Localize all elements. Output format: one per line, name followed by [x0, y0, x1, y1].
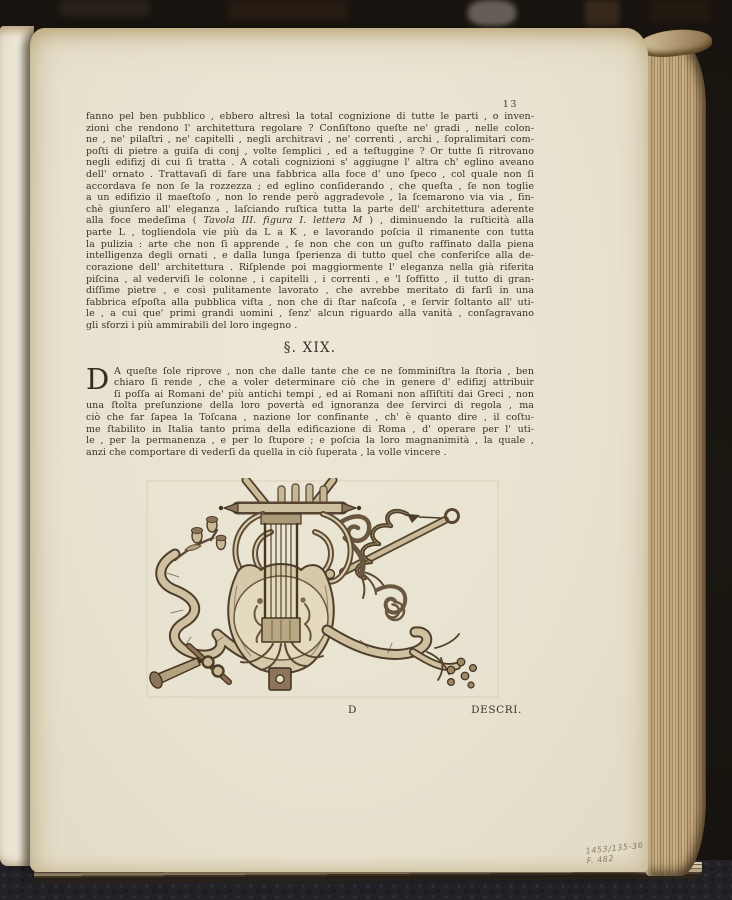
lyre-vignette-engraving — [145, 478, 500, 700]
text-line: anzi che comportare di vederſi da quella… — [86, 447, 534, 459]
paragraph: fanno pel ben pubblico , ebbero altresì … — [86, 111, 534, 332]
background-object — [60, 0, 150, 16]
text-line: fabbrica eſpoſta alla pubblica viſta , n… — [86, 297, 534, 309]
text-line: la pulizia : arte che non ſi apprende , … — [86, 239, 534, 251]
text-line: piſcina , al vederviſi le colonne , i ca… — [86, 274, 534, 286]
text-line: ſi poſſa ai Romani de' più antichi tempi… — [114, 389, 534, 401]
text-line: chè giunſero all' eleganza , laſciando r… — [86, 204, 534, 216]
text-line: gli sforzi i più ammirabili del loro ing… — [86, 320, 534, 332]
page-number: 13 — [503, 99, 518, 110]
text-line: una ſtolta preſunzione della loro povert… — [86, 400, 534, 412]
background-object — [650, 0, 710, 22]
catchword: DESCRI. — [471, 704, 522, 716]
text-line: corazione dell' architettura . Riſplende… — [86, 262, 534, 274]
text-block: 13 fanno pel ben pubblico , ebbero altre… — [86, 98, 534, 458]
section-heading: §. XIX. — [86, 340, 534, 356]
text-line: intelligenza degli ornati , e dalla lung… — [86, 250, 534, 262]
signature-mark: D — [348, 704, 357, 716]
text-line: diſſime pietre , e così pulitamente lavo… — [86, 285, 534, 297]
text-line: alla foce medeſima ( Tavola III. figura … — [86, 215, 534, 227]
lyre-crossbar — [219, 480, 361, 513]
background-object — [228, 0, 348, 20]
fore-edge-pages — [646, 38, 706, 876]
text-line: dell' ornato . Trattavaſi di fare una fa… — [86, 169, 534, 181]
text-line: le , a cui que' primi grandi uomini , ſe… — [86, 308, 534, 320]
oak-acorn-sprig — [175, 517, 226, 561]
plate-reference: Tavola III. figura I. lettera M — [203, 215, 362, 226]
text-line: negli edifizj di cui ſi tratta . A cotal… — [86, 157, 534, 169]
text-line: accordava ſe non ſe la rozzezza ; ed egl… — [86, 181, 534, 193]
text-line: a un edifizio il maeſtoſo , non lo rende… — [86, 192, 534, 204]
fore-edge-curl — [637, 26, 714, 61]
book-photograph: 13 fanno pel ben pubblico , ebbero altre… — [0, 0, 732, 900]
text-line: A queſte ſole riprove , non che dalle ta… — [114, 366, 534, 378]
text-line: ciò che far ſapea la Toſcana , nazione l… — [86, 412, 534, 424]
drop-cap: D — [86, 367, 111, 390]
direction-line: D DESCRI. — [86, 704, 534, 718]
text-line: parte L , togliendola vie più da L a K ,… — [86, 227, 534, 239]
paragraph: D A queſte ſole riprove , non che dalle … — [86, 366, 534, 459]
background-object — [468, 0, 516, 26]
text-line: chiaro ſi rende , che a voler determinar… — [114, 377, 534, 389]
text-line: poſti di pietre a guiſa di conj , volte … — [86, 146, 534, 158]
text-run: ) , diminuendo la ruſticità alla — [362, 215, 534, 226]
background-object — [585, 0, 619, 26]
text-line: zioni che rendono l' architettura regola… — [86, 123, 534, 135]
facing-page-edge — [0, 26, 34, 866]
text-line: fanno pel ben pubblico , ebbero altresì … — [86, 111, 534, 123]
text-line: ne , ne' pilaſtri , ne' capitelli , negl… — [86, 134, 534, 146]
text-line: me ſtabilito in Italia tanto prima della… — [86, 424, 534, 436]
text-run: alla foce medeſima ( — [86, 215, 203, 226]
book-page: 13 fanno pel ben pubblico , ebbero altre… — [30, 28, 648, 872]
text-line: le , per la permanenza , e per lo ſtupor… — [86, 435, 534, 447]
